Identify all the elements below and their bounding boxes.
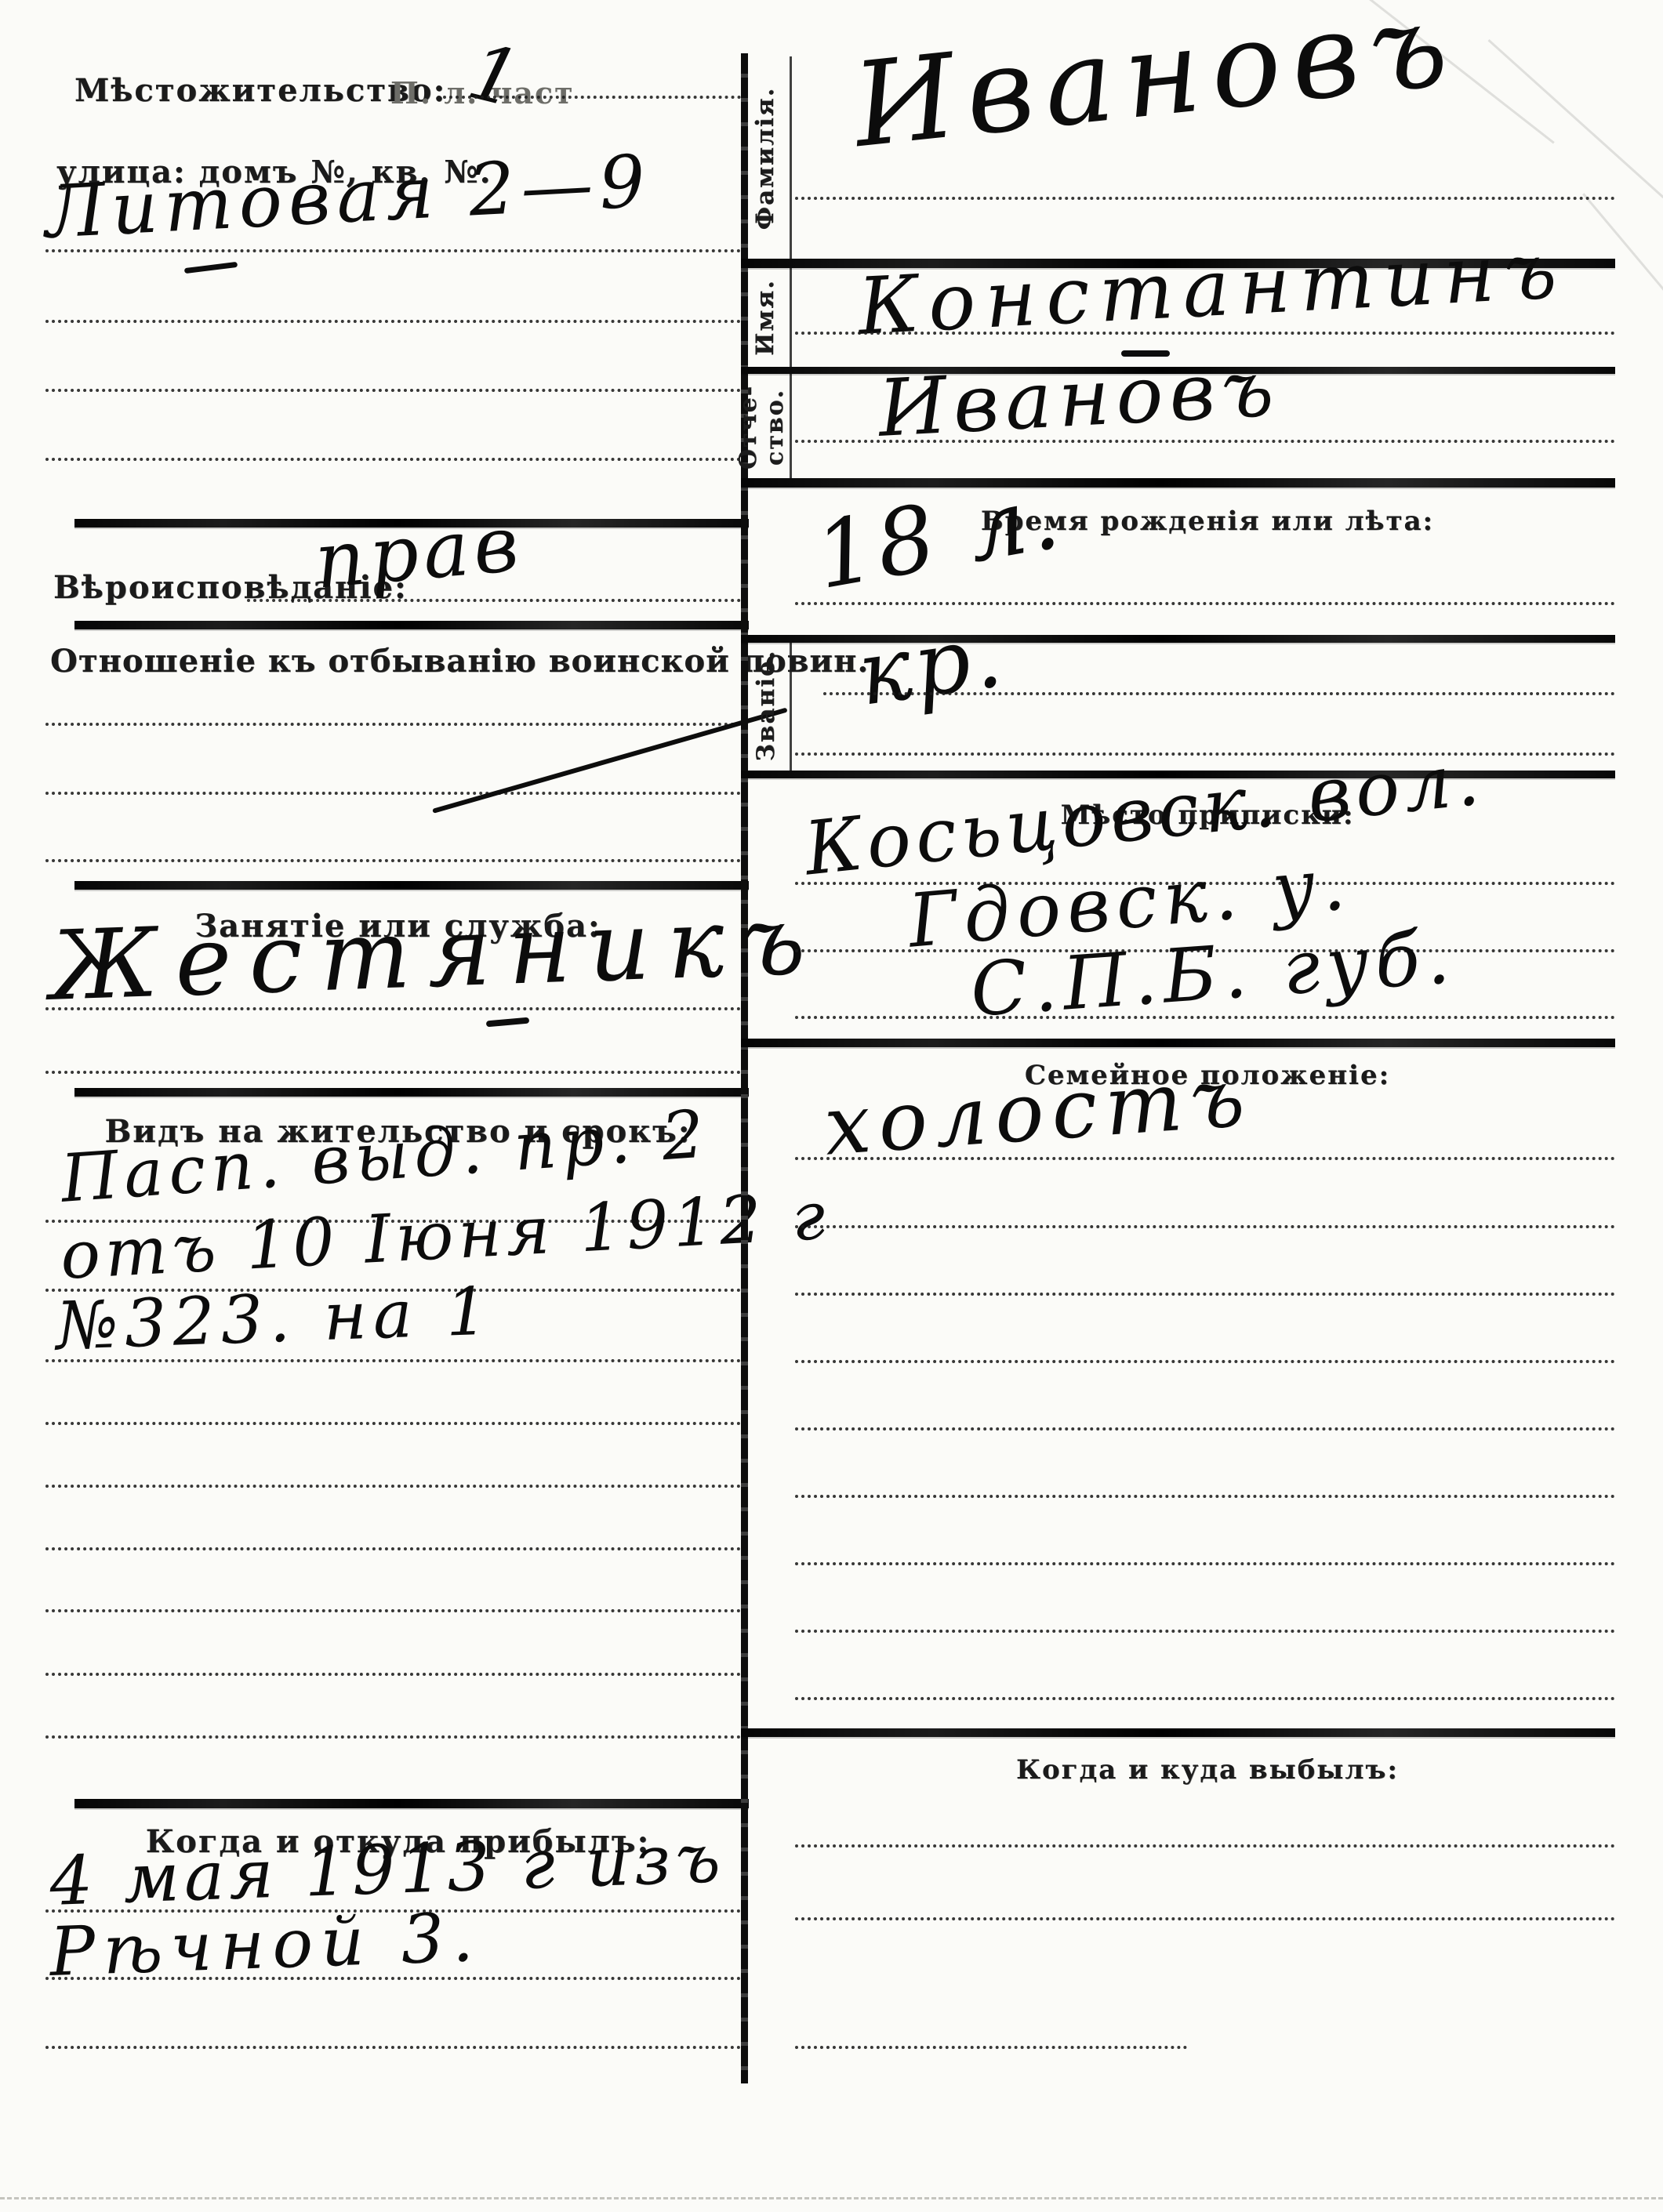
- patronymic-label: Отче- ство.: [731, 364, 793, 490]
- ruled-line: [443, 96, 747, 99]
- ruled-line: [45, 249, 747, 252]
- surname-entry: Ивановъ: [848, 0, 1463, 164]
- ink-mark: [486, 1017, 529, 1028]
- patronymic-entry: Ивановъ: [877, 349, 1282, 448]
- section-divider: [74, 1799, 749, 1808]
- ruled-line: [45, 1735, 747, 1739]
- ruled-line: [45, 1485, 747, 1488]
- ruled-line: [795, 1697, 1615, 1700]
- arrived-entry-line2: Рѣчной 3.: [49, 1904, 482, 1986]
- ruled-line: [795, 752, 1615, 756]
- ruled-line: [45, 389, 747, 392]
- rank-entry: кр.: [853, 611, 1010, 719]
- ruled-line: [795, 1917, 1615, 1920]
- name-entry: Константинъ: [856, 231, 1568, 346]
- section-divider: [74, 621, 749, 629]
- ruled-line: [795, 1427, 1615, 1431]
- ruled-line: [45, 1422, 747, 1425]
- ruled-line: [45, 723, 747, 726]
- ruled-line: [795, 602, 1615, 605]
- ruled-line: [45, 1547, 747, 1550]
- ruled-line: [45, 1071, 747, 1074]
- ruled-line: [45, 458, 747, 461]
- rank-label: Званіе.: [751, 627, 782, 784]
- ruled-line: [795, 1360, 1615, 1363]
- ruled-line: [795, 2046, 1187, 2049]
- occupation-entry: Жестяникъ: [49, 892, 824, 1014]
- section-divider: [741, 478, 1615, 488]
- ruled-line: [45, 1673, 747, 1676]
- ruled-line: [45, 1977, 747, 1980]
- name-label: Имя.: [750, 263, 782, 372]
- ruled-line: [45, 859, 747, 862]
- column-divider: [741, 53, 748, 2083]
- ruled-line: [45, 1359, 747, 1362]
- religion-entry: прав: [312, 506, 526, 600]
- ruled-line: [795, 1293, 1615, 1296]
- section-divider: [74, 881, 749, 890]
- ruled-line: [795, 1630, 1615, 1633]
- ruled-line: [795, 197, 1615, 200]
- ruled-line: [45, 2046, 747, 2049]
- ruled-line: [795, 1495, 1615, 1498]
- ruled-line: [795, 1562, 1615, 1565]
- scan-edge: [0, 2197, 1663, 2199]
- ruled-line: [795, 1157, 1615, 1160]
- surname-label: Фамилія.: [750, 64, 782, 252]
- label-rule: [790, 641, 792, 772]
- ruled-line: [795, 440, 1615, 443]
- ruled-line: [795, 1844, 1615, 1848]
- ink-mark: [184, 262, 238, 274]
- ruled-line: [45, 320, 747, 323]
- ruled-line: [823, 692, 1615, 695]
- section-divider: [741, 1039, 1615, 1047]
- scan-streak: [1488, 39, 1663, 198]
- departed-label: Когда и куда выбылъ:: [800, 1754, 1615, 1786]
- section-divider: [741, 1728, 1615, 1737]
- ruled-line: [45, 1609, 747, 1612]
- ruled-line: [795, 332, 1615, 335]
- birth-entry: 18 л.: [809, 470, 1069, 603]
- ruled-line: [45, 792, 747, 795]
- ruled-line: [45, 1007, 747, 1010]
- permit-entry-line3: №323. на 1: [55, 1278, 495, 1358]
- ruled-line: [795, 1225, 1615, 1228]
- ruled-line: [795, 1016, 1615, 1019]
- registration-card: Мѣстожительство: П. л. част 1 улица: дом…: [0, 0, 1663, 2212]
- section-divider: [74, 1088, 749, 1097]
